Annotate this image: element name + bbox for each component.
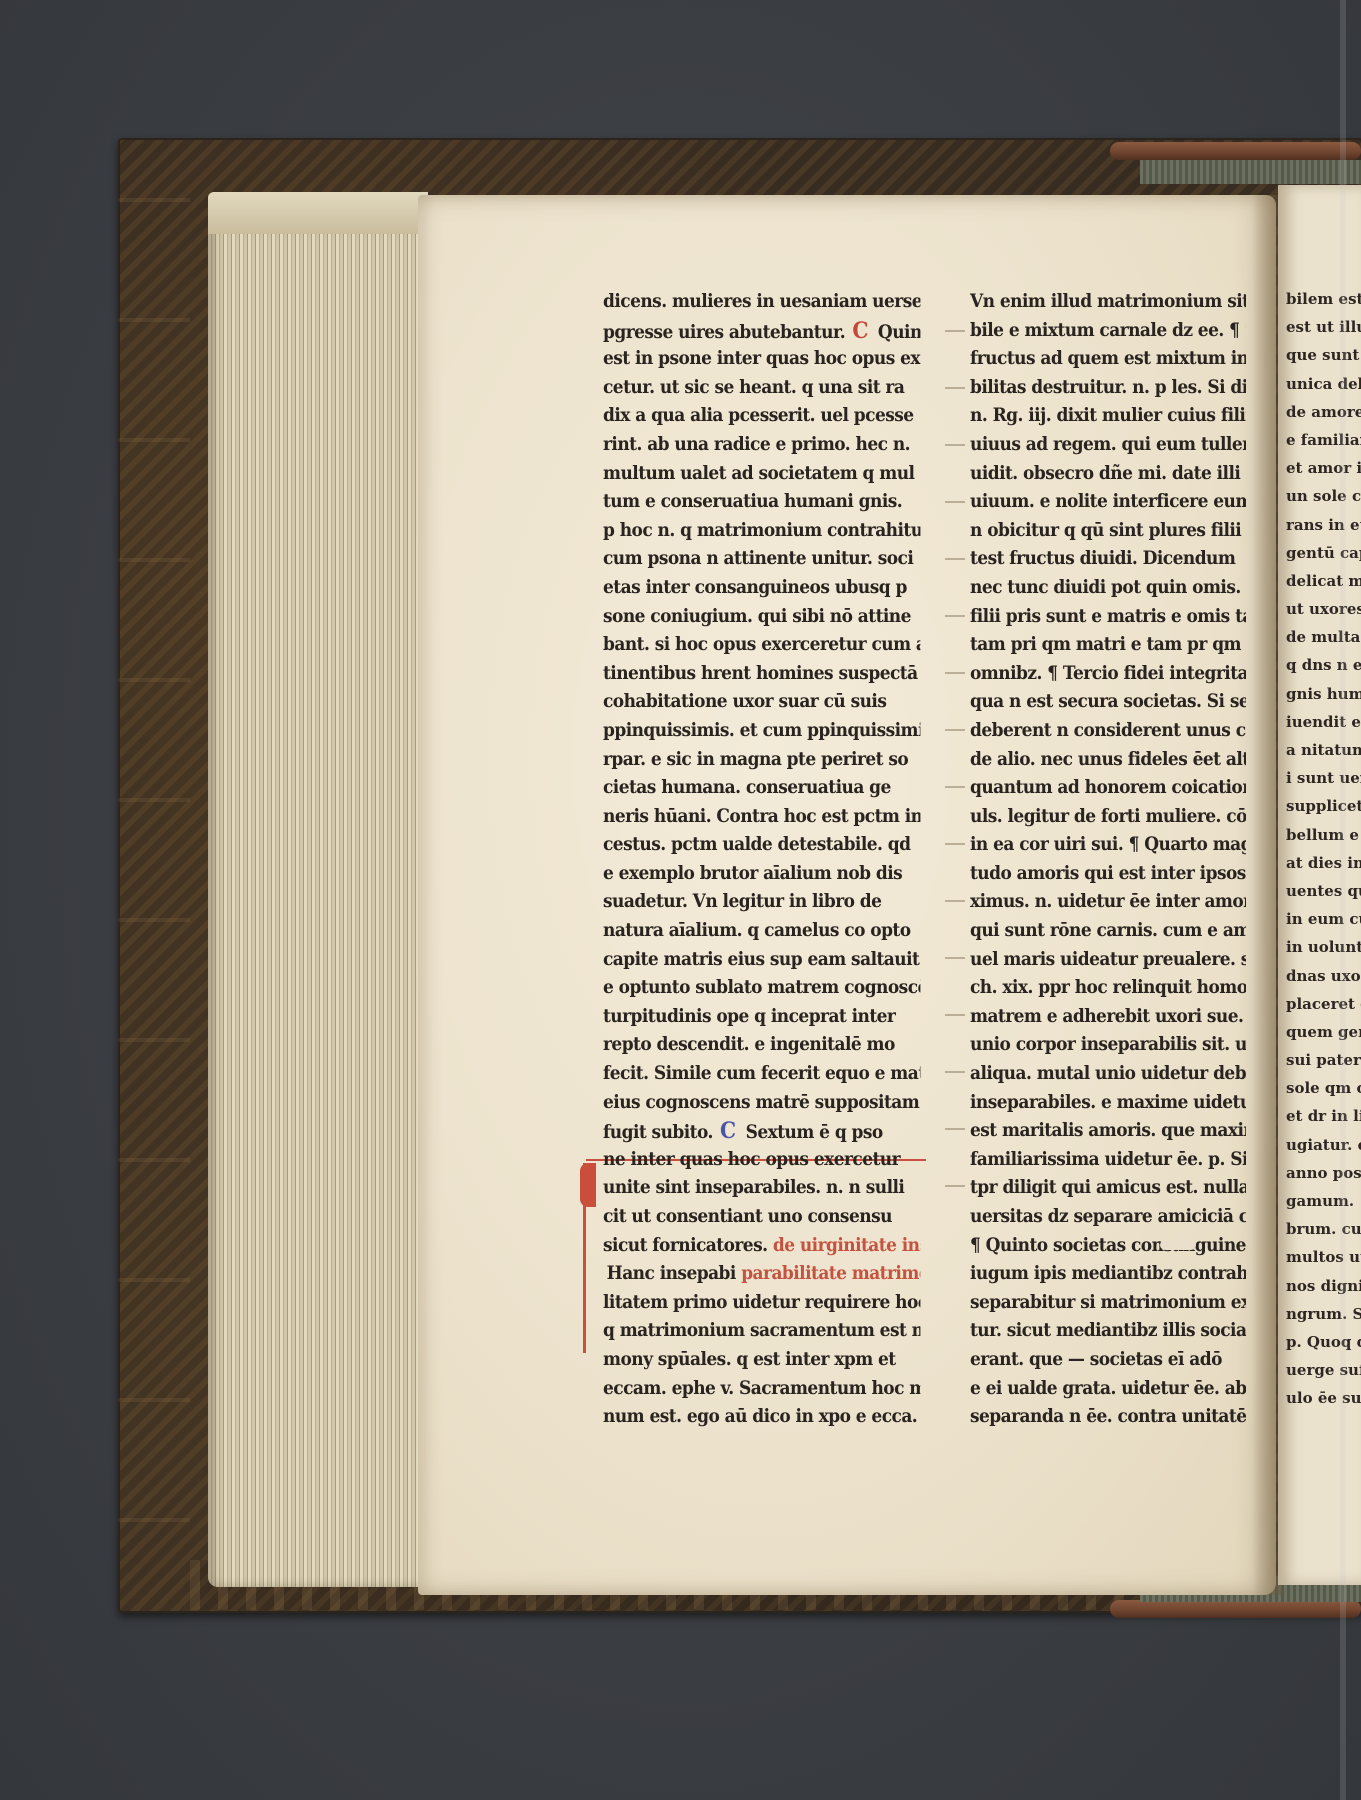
text-line: est ut illud bbox=[1286, 313, 1361, 341]
text-line: qua n est secura societas. Si sepa bbox=[970, 688, 1246, 717]
text-line: uersitas dz separare amiciciā coniug bbox=[970, 1203, 1246, 1232]
text-line: tpr diligit qui amicus est. nulla bbox=[970, 1174, 1246, 1203]
page-stack-top bbox=[208, 192, 428, 234]
text-line: fructus ad quem est mixtum indiuis bbox=[970, 345, 1246, 374]
text-line: unio corpor inseparabilis sit. ut bbox=[970, 1031, 1246, 1060]
text-line: etas inter consanguineos ubusq p bbox=[603, 574, 920, 603]
text-line: in ea cor uiri sui. ¶ Quarto magni bbox=[970, 831, 1246, 860]
rubric-heading-cont: parabilitate matrimony bbox=[736, 1263, 921, 1284]
spine-rod-bottom bbox=[1110, 1600, 1361, 1618]
page-stack-fore-edge bbox=[208, 192, 428, 1587]
text-line: ut uxores bbox=[1286, 595, 1361, 623]
text-line: e optunto sublato matrem cognoscēs bbox=[603, 974, 920, 1003]
text-line: ppinquissimis. et cum ppinquissimis bbox=[603, 717, 920, 746]
text-line: Hanc insepabi parabilitate matrimony bbox=[603, 1260, 920, 1289]
text-line: litatem primo uidetur requirere hoc bbox=[603, 1289, 920, 1318]
text-line: ¶ Quinto societas consanguineor bbox=[970, 1232, 1246, 1261]
text-line: dnas uxores bbox=[1286, 962, 1361, 990]
text-line: fecit. Simile cum fecerit equo e matri bbox=[603, 1060, 920, 1089]
text-line: nec tunc diuidi pot quin omis. bbox=[970, 574, 1246, 603]
text-line: multos ut bbox=[1286, 1243, 1361, 1271]
text-line: Vn enim illud matrimonium sit insep bbox=[970, 288, 1246, 317]
text-line: gnis humani bbox=[1286, 680, 1361, 708]
text-line: bilitas destruitur. n. p les. Si diuider bbox=[970, 374, 1246, 403]
text-line: in uolunt d bbox=[1286, 933, 1361, 961]
text-line: tum e conseruatiua humani gnis. bbox=[603, 488, 920, 517]
text-line: capite matris eius sup eam saltauit. bbox=[603, 946, 920, 975]
recto-text-column: bilem est proest ut illudque sunt ununic… bbox=[1286, 285, 1361, 1413]
text-line: uerge suffic bbox=[1286, 1356, 1361, 1384]
text-line: uentes que bbox=[1286, 877, 1361, 905]
text-line: bilem est pro bbox=[1286, 285, 1361, 313]
text-line: de multas bbox=[1286, 623, 1361, 651]
text-line: multum ualet ad societatem q mul bbox=[603, 460, 920, 489]
text-line: neris hūani. Contra hoc est pctm in bbox=[603, 803, 920, 832]
text-line: gentū capite. bbox=[1286, 539, 1361, 567]
text-line: un sole com bbox=[1286, 482, 1361, 510]
glass-plate-edge bbox=[1340, 0, 1346, 1800]
text-line: est maritalis amoris. que maxima bbox=[970, 1117, 1246, 1146]
text-line: unica debet bbox=[1286, 370, 1361, 398]
text-line: uidit. obsecro dñe mi. date illi infan bbox=[970, 460, 1246, 489]
text-line: separabitur si matrimonium ex dilla bbox=[970, 1289, 1246, 1318]
text-line: bellum e bbox=[1286, 821, 1361, 849]
text-line: num est. ego aū dico in xpo e ecca. bbox=[603, 1403, 920, 1432]
text-line: sole qm cult bbox=[1286, 1074, 1361, 1102]
erasure-mark bbox=[1160, 1240, 1196, 1250]
text-line: cum psona n attinente unitur. soci bbox=[603, 545, 920, 574]
text-line: uiuum. e nolite interficere eum. Se bbox=[970, 488, 1246, 517]
text-line: tur. sicut mediantibz illis sociati bbox=[970, 1317, 1246, 1346]
text-line: suadetur. Vn legitur in libro de bbox=[603, 888, 920, 917]
text-line: tinentibus hrent homines suspectā bbox=[603, 660, 920, 689]
text-line: qui sunt rōne carnis. cum e amor bbox=[970, 917, 1246, 946]
text-line: n. Rg. iij. dixit mulier cuius filius er bbox=[970, 402, 1246, 431]
text-line: uel maris uideatur preualere. sicut bbox=[970, 946, 1246, 975]
text-line: cohabitatione uxor suar cū suis bbox=[603, 688, 920, 717]
text-line: erant. que — societas eī adō bbox=[970, 1346, 1246, 1375]
text-line: filii pris sunt e matris e omis tam bbox=[970, 603, 1246, 632]
initial-bowl bbox=[580, 1163, 596, 1207]
text-line: nos digniu bbox=[1286, 1272, 1361, 1300]
text-column-a: dicens. mulieres in uesaniam uerse supgr… bbox=[603, 288, 948, 1432]
text-line: rans in eun bbox=[1286, 511, 1361, 539]
text-line: e familiare bbox=[1286, 426, 1361, 454]
text-line: de amores. bbox=[1286, 398, 1361, 426]
text-line: e ei ualde grata. uidetur ēe. ab ho bbox=[970, 1375, 1246, 1404]
text-line: que sunt un bbox=[1286, 341, 1361, 369]
text-line: cit ut consentiant uno consensu bbox=[603, 1203, 920, 1232]
text-line: familiarissima uidetur ēe. p. Siem bbox=[970, 1146, 1246, 1175]
text-line: cietas humana. conseruatiua ge bbox=[603, 774, 920, 803]
blue-paragraph-initial: C bbox=[718, 1117, 737, 1146]
text-line: ugiatur. e bbox=[1286, 1131, 1361, 1159]
text-line: repto descendit. e ingenitalē mo bbox=[603, 1031, 920, 1060]
text-line: n obicitur q qū sint plures filii p bbox=[970, 517, 1246, 546]
ruling-guide-marks bbox=[945, 290, 965, 1190]
text-line: est in psone inter quas hoc opus ex bbox=[603, 345, 920, 374]
text-line: uls. legitur de forti muliere. cōfidit bbox=[970, 803, 1246, 832]
text-line: unite sint inseparabiles. n. n sulli bbox=[603, 1174, 920, 1203]
text-line: deberent n considerent unus coniug bbox=[970, 717, 1246, 746]
text-line: ngrum. Si bbox=[1286, 1300, 1361, 1328]
text-line: gamum. bbox=[1286, 1187, 1361, 1215]
text-line: omnibz. ¶ Tercio fidei integritas. bbox=[970, 660, 1246, 689]
text-line: quantum ad honorem coicationem pro bbox=[970, 774, 1246, 803]
text-line: a nitatum. bbox=[1286, 736, 1361, 764]
text-line: p. Quoq qu bbox=[1286, 1328, 1361, 1356]
headband-top bbox=[1140, 160, 1361, 184]
text-line: e exemplo brutor aīalium nob dis bbox=[603, 860, 920, 889]
cover-tooled-border bbox=[118, 138, 190, 1613]
rubric-heading: de uirginitate inse bbox=[767, 1235, 920, 1256]
text-column-b: Vn enim illud matrimonium sit insepbile … bbox=[970, 288, 1270, 1432]
text-line: brum. cum bbox=[1286, 1215, 1361, 1243]
text-line: ne inter quas hoc opus exercetur bbox=[603, 1146, 920, 1175]
text-line: iuendit eius bbox=[1286, 708, 1361, 736]
text-line: at dies in q bbox=[1286, 849, 1361, 877]
text-line: quem gentu bbox=[1286, 1018, 1361, 1046]
text-line: turpitudinis ope q inceprat inter bbox=[603, 1003, 920, 1032]
text-line: anno post bbox=[1286, 1159, 1361, 1187]
text-line: cetur. ut sic se heant. q una sit ra bbox=[603, 374, 920, 403]
text-line: separanda n ēe. contra unitatē insep bbox=[970, 1403, 1246, 1432]
text-line: cestus. pctm ualde detestabile. qd bbox=[603, 831, 920, 860]
text-line: bile e mixtum carnale dz ee. ¶ Sed bbox=[970, 317, 1246, 346]
text-line: q matrimonium sacramentum est matri bbox=[603, 1317, 920, 1346]
text-line: sui pater q bbox=[1286, 1046, 1361, 1074]
text-line: tam pri qm matri e tam pr qm ma bbox=[970, 631, 1246, 660]
text-line: bant. si hoc opus exerceretur cum at bbox=[603, 631, 920, 660]
text-line: natura aīalium. q camelus co opto bbox=[603, 917, 920, 946]
text-line: eccam. ephe v. Sacramentum hoc mag bbox=[603, 1375, 920, 1404]
text-line: in eum cult bbox=[1286, 905, 1361, 933]
text-line: fugit subito. C Sextum ē q pso bbox=[603, 1117, 920, 1146]
text-line: mony spūales. q est inter xpm et bbox=[603, 1346, 920, 1375]
text-line: sone coniugium. qui sibi nō attine bbox=[603, 603, 920, 632]
text-line: supplicet d bbox=[1286, 792, 1361, 820]
red-paragraph-initial: C bbox=[851, 317, 870, 346]
text-line: sicut fornicatores. de uirginitate inse bbox=[603, 1232, 920, 1261]
text-line: p hoc n. q matrimonium contrahitur bbox=[603, 517, 920, 546]
text-line: aliqua. mutal unio uidetur debere bbox=[970, 1060, 1246, 1089]
text-line: test fructus diuidi. Dicendum bbox=[970, 545, 1246, 574]
text-line: dix a qua alia pcesserit. uel pcesse bbox=[603, 402, 920, 431]
text-line: uiuus ad regem. qui eum tullere bbox=[970, 431, 1246, 460]
text-line: eius cognoscens matrē suppositam bbox=[603, 1089, 920, 1118]
text-line: ximus. n. uidetur ēe inter amores bbox=[970, 888, 1246, 917]
text-line: rint. ab una radice e primo. hec n. bbox=[603, 431, 920, 460]
text-line: iugum ipis mediantibz contrahit bbox=[970, 1260, 1246, 1289]
text-line: ch. xix. ppr hoc relinquit homo prēm bbox=[970, 974, 1246, 1003]
text-line: inseparabiles. e maxime uidetur de illa bbox=[970, 1089, 1246, 1118]
text-line: rpar. e sic in magna pte periret so bbox=[603, 746, 920, 775]
text-line: de alio. nec unus fideles ēet alter bbox=[970, 746, 1246, 775]
text-line: q dns n enim bbox=[1286, 651, 1361, 679]
text-line: tudo amoris qui est inter ipsos. bbox=[970, 860, 1246, 889]
text-line: delicat mult bbox=[1286, 567, 1361, 595]
spine-rod-top bbox=[1110, 142, 1361, 160]
text-line: pgresse uires abutebantur. C Quintum bbox=[603, 317, 920, 346]
text-line: ulo ēe sue bbox=[1286, 1384, 1361, 1412]
text-line: placeret ge bbox=[1286, 990, 1361, 1018]
text-line: matrem e adherebit uxori sue. cum illis bbox=[970, 1003, 1246, 1032]
text-line: et amor ille bbox=[1286, 454, 1361, 482]
text-line: i sunt uere bbox=[1286, 764, 1361, 792]
text-line: et dr in lib bbox=[1286, 1102, 1361, 1130]
text-line: dicens. mulieres in uesaniam uerse su bbox=[603, 288, 920, 317]
